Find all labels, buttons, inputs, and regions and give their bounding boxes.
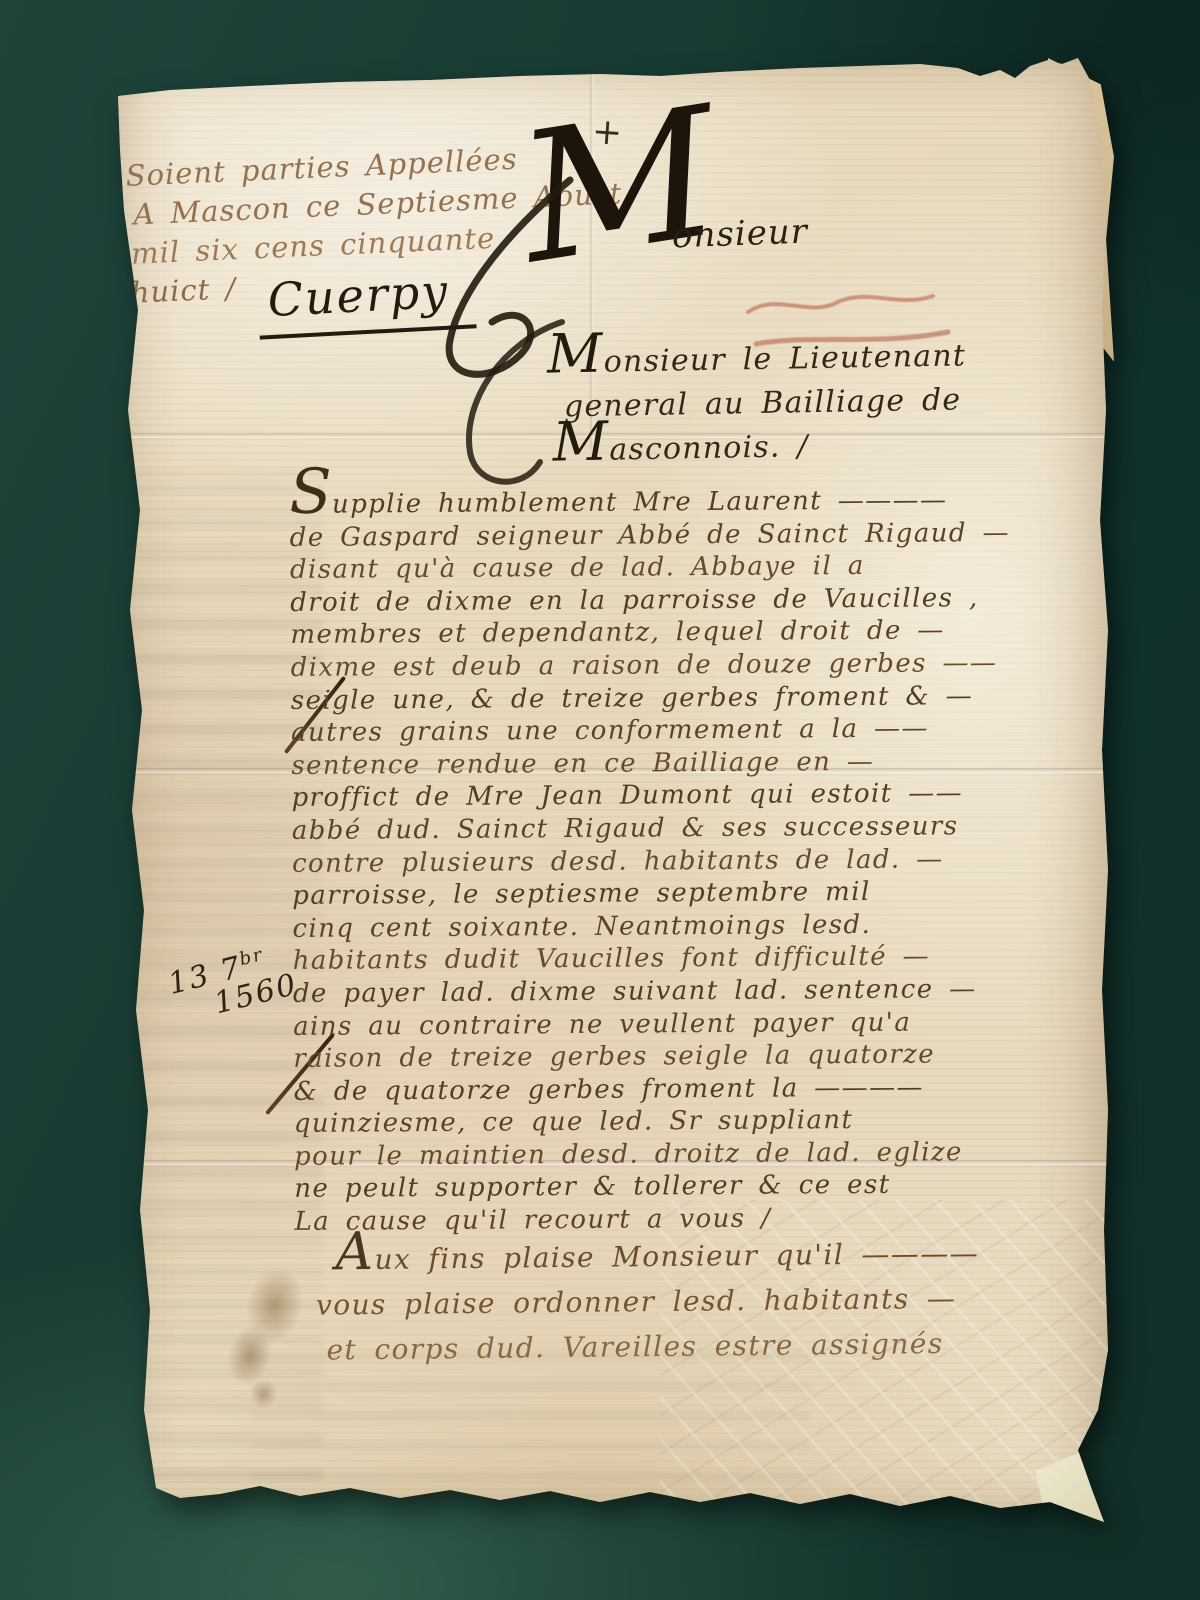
closing-line: et corps dud. Vareilles estre assignés <box>326 1321 980 1373</box>
paper-sheet: + Soient parties Appellées A Mascon ce S… <box>100 50 1112 1532</box>
closing-line: Aux fins plaise Monsieur qu'il ———— <box>335 1231 979 1283</box>
address-line: general au Bailliage de <box>564 378 968 429</box>
margin-date-day: 13 <box>165 958 214 1002</box>
petition-body: Supplie humblement Mre Laurent ———— de G… <box>289 483 1134 1239</box>
petition-line: de Gaspard seigneur Abbé de Sainct Rigau… <box>290 516 1130 554</box>
red-stamp-mark <box>738 274 978 364</box>
margin-date-month-suffix: br <box>237 944 266 970</box>
address-line: Masconnois. / <box>552 422 968 473</box>
petition-closing: Aux fins plaise Monsieur qu'il ———— vous… <box>335 1231 980 1373</box>
closing-line: vous plaise ordonner lesd. habitants — <box>316 1276 980 1328</box>
photo-backdrop: + Soient parties Appellées A Mascon ce S… <box>0 0 1200 1600</box>
manuscript-page: + Soient parties Appellées A Mascon ce S… <box>100 50 1112 1532</box>
monsieur-salutation: onsieur <box>671 212 808 257</box>
